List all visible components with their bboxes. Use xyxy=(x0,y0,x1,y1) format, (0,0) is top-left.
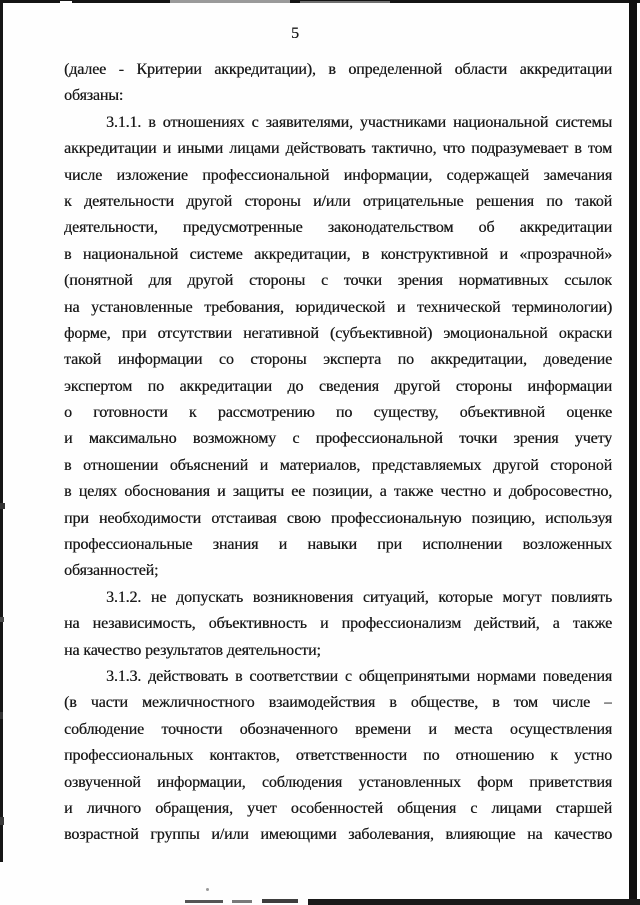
text-line: при необходимости отстаивая свою професс… xyxy=(64,506,612,532)
scan-speck xyxy=(0,817,4,825)
text-line: озвученной информации, соблюдения устано… xyxy=(64,770,612,796)
text-line: профессиональные знания и навыки при исп… xyxy=(64,532,612,558)
document-text: (далее - Критерии аккредитации), в опред… xyxy=(64,57,612,849)
text-line: обязанностей; xyxy=(64,558,612,584)
text-line: аккредитации и иными лицами действовать … xyxy=(64,136,612,162)
text-line: форме, при отсутствии негативной (субъек… xyxy=(64,321,612,347)
text-line: в национальной системе аккредитации, в к… xyxy=(64,242,612,268)
text-line: деятельности, предусмотренные законодате… xyxy=(64,215,612,241)
text-line: 3.1.2. не допускать возникновения ситуац… xyxy=(64,585,612,611)
text-line: (в части межличностного взаимодействия в… xyxy=(64,690,612,716)
scan-edge-bottom-dash xyxy=(185,900,223,903)
scan-speck xyxy=(206,888,209,891)
scan-edge-right xyxy=(629,0,637,905)
scan-edge-left xyxy=(0,0,3,862)
text-line: в целях обоснования и защиты ее позиции,… xyxy=(64,479,612,505)
scan-speck xyxy=(0,503,5,509)
text-line: 3.1.3. действовать в соответствии с обще… xyxy=(64,664,612,690)
scan-speck xyxy=(0,617,4,622)
text-line: на независимость, объективность и профес… xyxy=(64,611,612,637)
text-line: обязаны: xyxy=(64,83,612,109)
text-line: (далее - Критерии аккредитации), в опред… xyxy=(64,57,612,83)
text-line: профессиональных контактов, ответственно… xyxy=(64,743,612,769)
text-line: соблюдение точности обозначенного времен… xyxy=(64,717,612,743)
text-line: и личного обращения, учет особенностей о… xyxy=(64,796,612,822)
text-line: числе изложение профессиональной информа… xyxy=(64,163,612,189)
text-line: такой информации со стороны эксперта по … xyxy=(64,347,612,373)
scan-edge-bottom xyxy=(308,899,640,905)
text-line: возрастной группы и/или имеющими заболев… xyxy=(64,822,612,848)
text-line: о готовности к рассмотрению по существу,… xyxy=(64,400,612,426)
scan-edge-bottom-dash xyxy=(232,900,252,903)
scan-speck xyxy=(0,712,3,719)
text-line: 3.1.1. в отношениях с заявителями, участ… xyxy=(64,110,612,136)
scan-edge-bottom-dash xyxy=(262,899,298,903)
text-line: экспертом по аккредитации до сведения др… xyxy=(64,374,612,400)
scanned-document-page: 5 (далее - Критерии аккредитации), в опр… xyxy=(0,0,640,905)
text-line: (понятной для другой стороны с точки зре… xyxy=(64,268,612,294)
text-line: и максимально возможному с профессиональ… xyxy=(64,426,612,452)
text-line: на качество результатов деятельности; xyxy=(64,638,612,664)
text-line: к деятельности другой стороны и/или отри… xyxy=(64,189,612,215)
text-line: в отношении объяснений и материалов, пре… xyxy=(64,453,612,479)
page-number: 5 xyxy=(21,25,569,43)
page-content: 5 (далее - Критерии аккредитации), в опр… xyxy=(64,0,612,849)
text-line: на установленные требования, юридической… xyxy=(64,295,612,321)
